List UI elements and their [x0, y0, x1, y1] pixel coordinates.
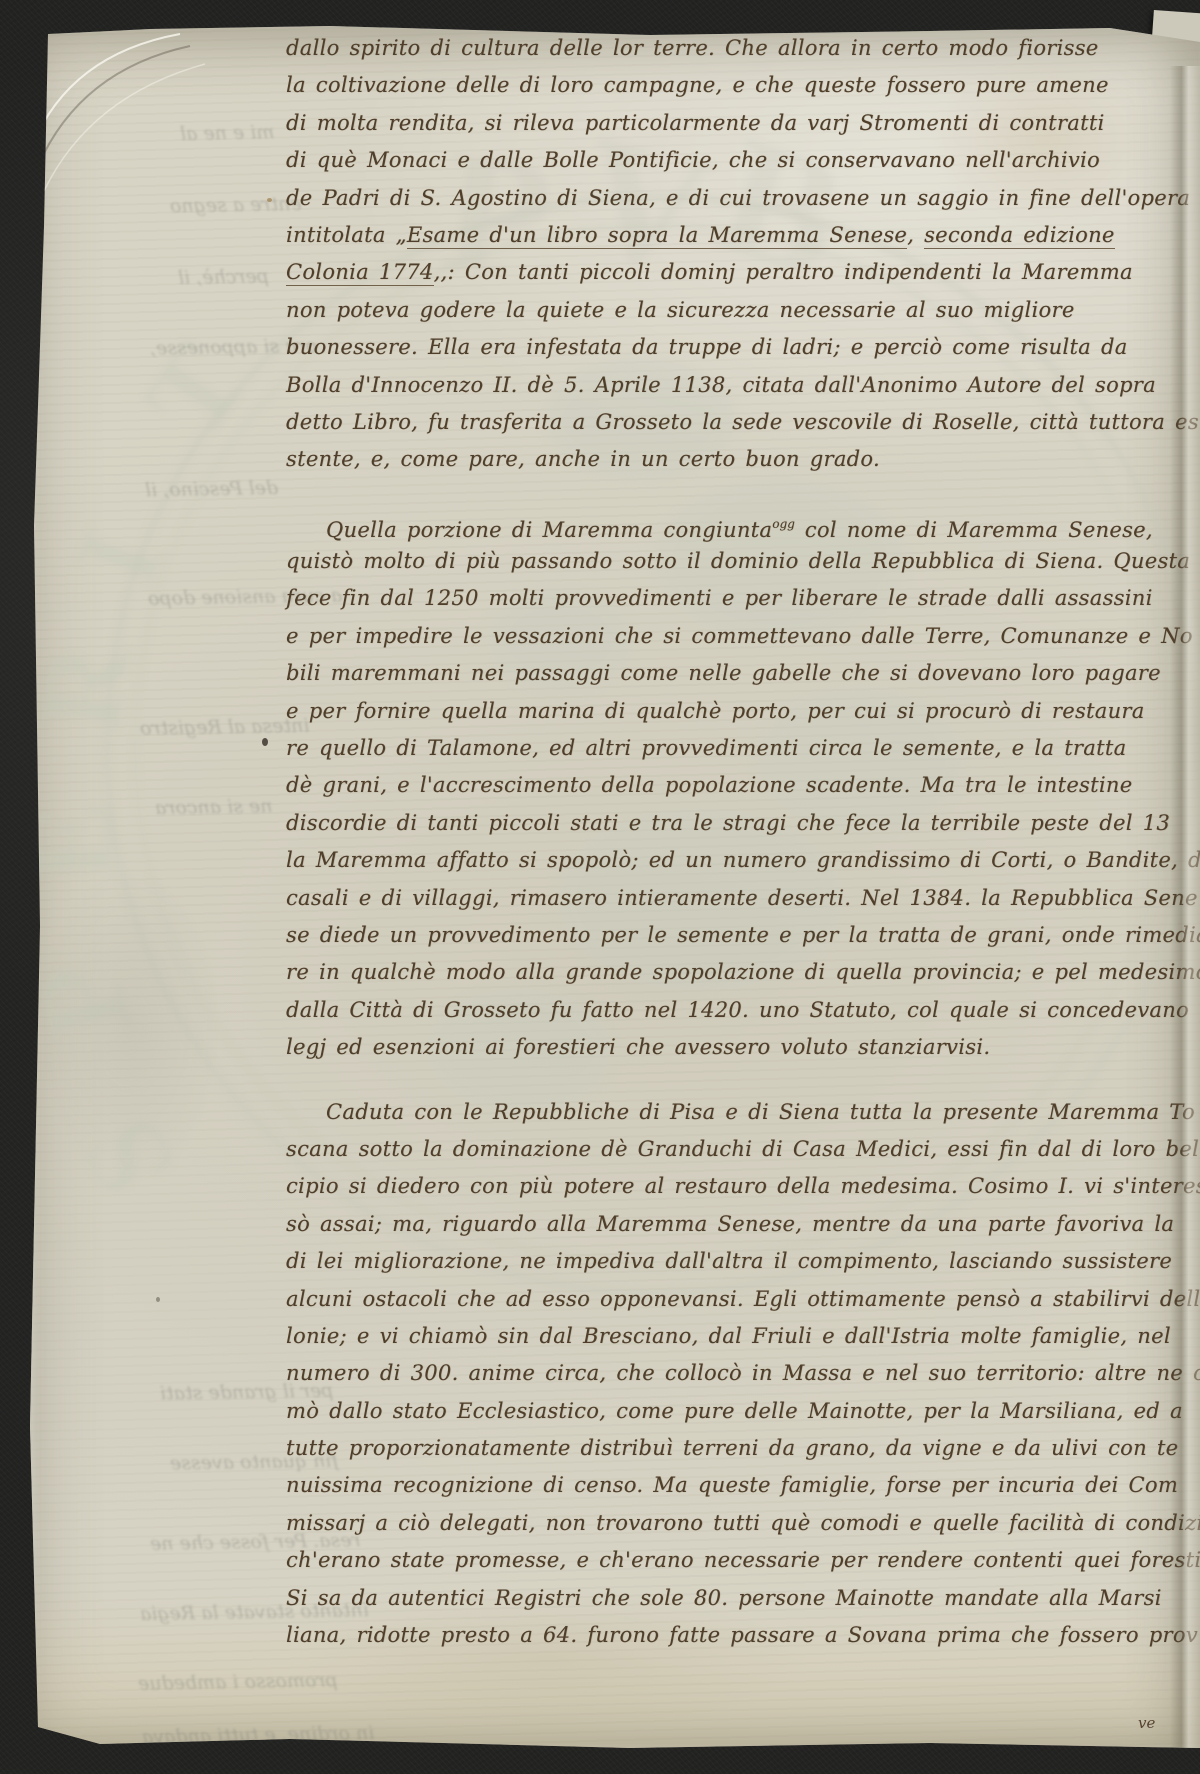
stamp-letter: R [30, 634, 156, 738]
manuscript-line: buonessere. Ella era infestata da truppe… [286, 329, 1200, 366]
manuscript-line: nuissima recognizione di censo. Ma quest… [286, 1467, 1200, 1504]
manuscript-line: numero di 300. anime circa, che collocò … [286, 1355, 1200, 1392]
manuscript-line: cipio si diedero con più potere al resta… [286, 1168, 1200, 1205]
manuscript-line: re in qualchè modo alla grande spopolazi… [286, 954, 1200, 991]
photo-background: TIREPSPVB mi e ne alentre a segnoperchè,… [0, 0, 1200, 1774]
manuscript-line: stente, e, come pare, anche in un certo … [286, 441, 1200, 478]
manuscript-line: legj ed esenzioni ai forestieri che aves… [286, 1029, 1200, 1066]
manuscript-line: di molta rendita, si rileva particolarme… [286, 105, 1200, 142]
manuscript-line: Caduta con le Repubbliche di Pisa e di S… [286, 1094, 1200, 1131]
manuscript-line: alcuni ostacoli che ad esso opponevansi.… [286, 1281, 1200, 1318]
stamp-letter: I [49, 513, 188, 601]
manuscript-line: e per fornire quella marina di qualchè p… [286, 693, 1200, 730]
bleedthrough-fragment: promosso i ambedue [138, 1669, 338, 1694]
manuscript-line: intitolata „Esame d'un libro sopra la Ma… [286, 217, 1200, 254]
stamp-letter: E [30, 800, 138, 883]
manuscript-line: Si sa da autentici Registri che sole 80.… [286, 1580, 1200, 1617]
bleedthrough-fragment: in ordine, e tutti andava [142, 1722, 375, 1748]
ink-speck [262, 738, 268, 746]
manuscript-page: TIREPSPVB mi e ne alentre a segnoperchè,… [30, 26, 1200, 1748]
manuscript-line: di lei migliorazione, ne impediva dall'a… [286, 1243, 1200, 1280]
bleedthrough-fragment: mi e ne al [180, 121, 275, 145]
manuscript-line: Quella porzione di Maremma congiuntaogg … [286, 506, 1200, 543]
manuscript-line: dallo spirito di cultura delle lor terre… [286, 30, 1200, 67]
manuscript-line: di què Monaci e dalle Bolle Pontificie, … [286, 142, 1200, 179]
manuscript-text: dallo spirito di cultura delle lor terre… [286, 30, 1200, 1654]
bleedthrough-fragment: entre a segno [170, 193, 302, 217]
manuscript-line: tutte proporzionatamente distribuì terre… [286, 1430, 1200, 1467]
ink-speck [156, 1297, 160, 1302]
manuscript-line: fece fin dal 1250 molti provvedimenti e … [286, 580, 1200, 617]
manuscript-line: discordie di tanti piccoli stati e tra l… [286, 805, 1200, 842]
ink-speck [267, 198, 272, 202]
manuscript-line: casali e di villaggi, rimasero intierame… [286, 880, 1200, 917]
bleedthrough-fragment: perchè, il [178, 265, 269, 289]
manuscript-line: dalla Città di Grosseto fu fatto nel 142… [286, 992, 1200, 1029]
catchword: ve [1138, 1714, 1155, 1732]
manuscript-line: mò dallo stato Ecclesiastico, come pure … [286, 1393, 1200, 1430]
manuscript-line: quistò molto di più passando sotto il do… [286, 543, 1200, 580]
stamp-letter: P [30, 949, 155, 1051]
manuscript-line: de Padri di S. Agostino di Siena, e di c… [286, 180, 1200, 217]
manuscript-line: Colonia 1774,,: Con tanti piccoli dominj… [286, 254, 1200, 291]
manuscript-line: ch'erano state promesse, e ch'erano nece… [286, 1542, 1200, 1579]
bleedthrough-fragment: del Pescino, il [145, 477, 278, 501]
manuscript-line: Bolla d'Innocenzo II. dè 5. Aprile 1138,… [286, 367, 1200, 404]
paper-stain [40, 866, 220, 1186]
manuscript-line: non poteva godere la quiete e la sicurez… [286, 292, 1200, 329]
manuscript-line: missarj a ciò delegati, non trovarono tu… [286, 1505, 1200, 1542]
bleedthrough-fragment: ne si ancora [155, 795, 273, 819]
manuscript-line: la Maremma affatto si spopolò; ed un num… [286, 842, 1200, 879]
manuscript-line: re quello di Talamone, ed altri provvedi… [286, 730, 1200, 767]
stamp-letter: S [54, 1098, 200, 1217]
manuscript-line: e per impedire le vessazioni che si comm… [286, 618, 1200, 655]
bleedthrough-fragment: intesa al Registro [140, 715, 310, 740]
manuscript-line: sò assai; ma, riguardo alla Maremma Sene… [286, 1206, 1200, 1243]
manuscript-line: se diede un provvedimento per le semente… [286, 917, 1200, 954]
manuscript-line: detto Libro, fu trasferita a Grosseto la… [286, 404, 1200, 441]
manuscript-line: bili maremmani nei passaggi come nelle g… [286, 655, 1200, 692]
manuscript-line: liana, ridotte presto a 64. furono fatte… [286, 1617, 1200, 1654]
manuscript-line: lonie; e vi chiamò sin dal Bresciano, da… [286, 1318, 1200, 1355]
stamp-letter: T [119, 320, 271, 460]
manuscript-line: dè grani, e l'accrescimento della popola… [286, 767, 1200, 804]
manuscript-line: scana sotto la dominazione dè Granduchi … [286, 1131, 1200, 1168]
manuscript-line: la coltivazione delle di loro campagne, … [286, 67, 1200, 104]
